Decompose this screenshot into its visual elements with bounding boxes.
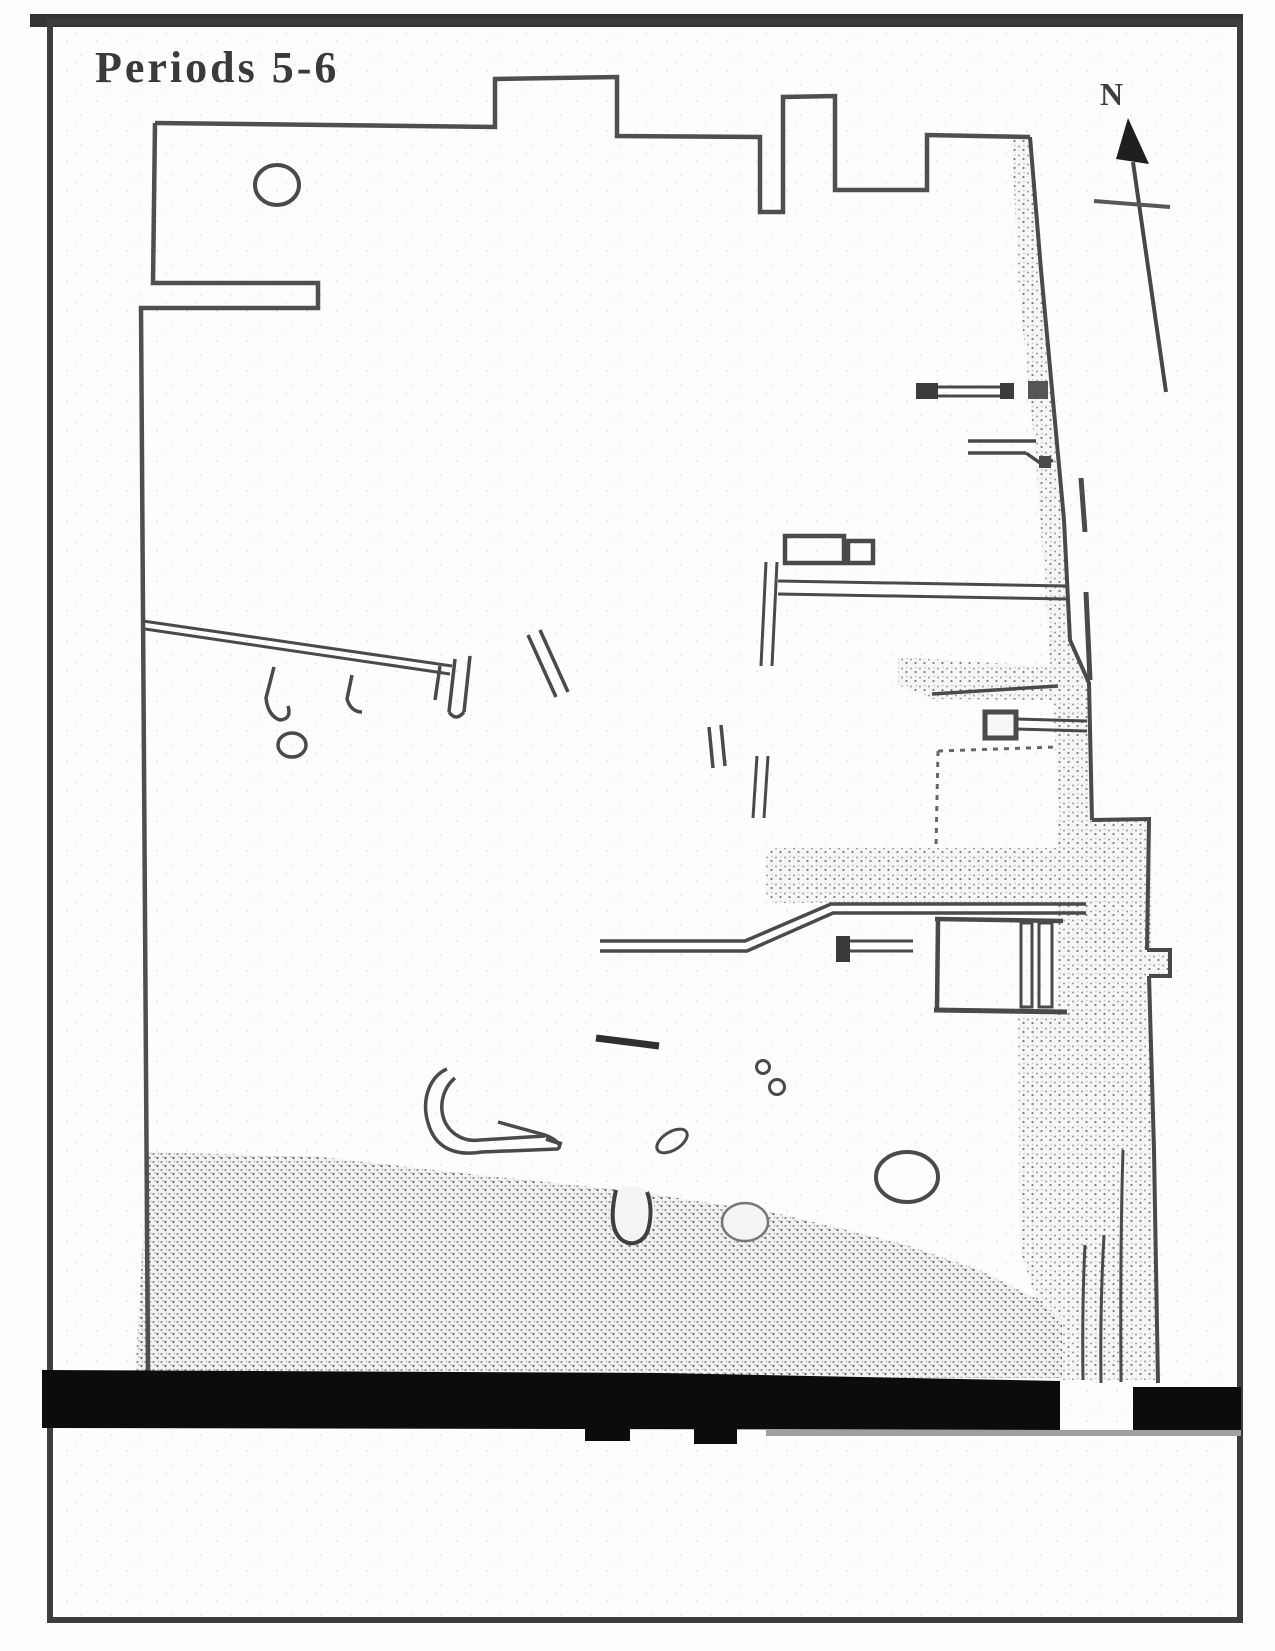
baulk-shadow-line (766, 1430, 1241, 1436)
scanned-plan-page: Periods 5-6 N (0, 0, 1275, 1651)
oval-pit (876, 1152, 938, 1202)
site-plan-svg: Periods 5-6 N (0, 0, 1275, 1651)
north-label: N (1100, 76, 1123, 112)
horseshoe-feature (609, 1185, 655, 1243)
baulk-tooth (694, 1428, 737, 1444)
baulk-east (1133, 1387, 1241, 1433)
baulk-main (42, 1370, 1060, 1430)
cross-wall-stipple (766, 848, 1126, 903)
baulk-tooth (585, 1428, 630, 1441)
plan-title: Periods 5-6 (95, 43, 339, 92)
pit-hole (722, 1203, 768, 1241)
